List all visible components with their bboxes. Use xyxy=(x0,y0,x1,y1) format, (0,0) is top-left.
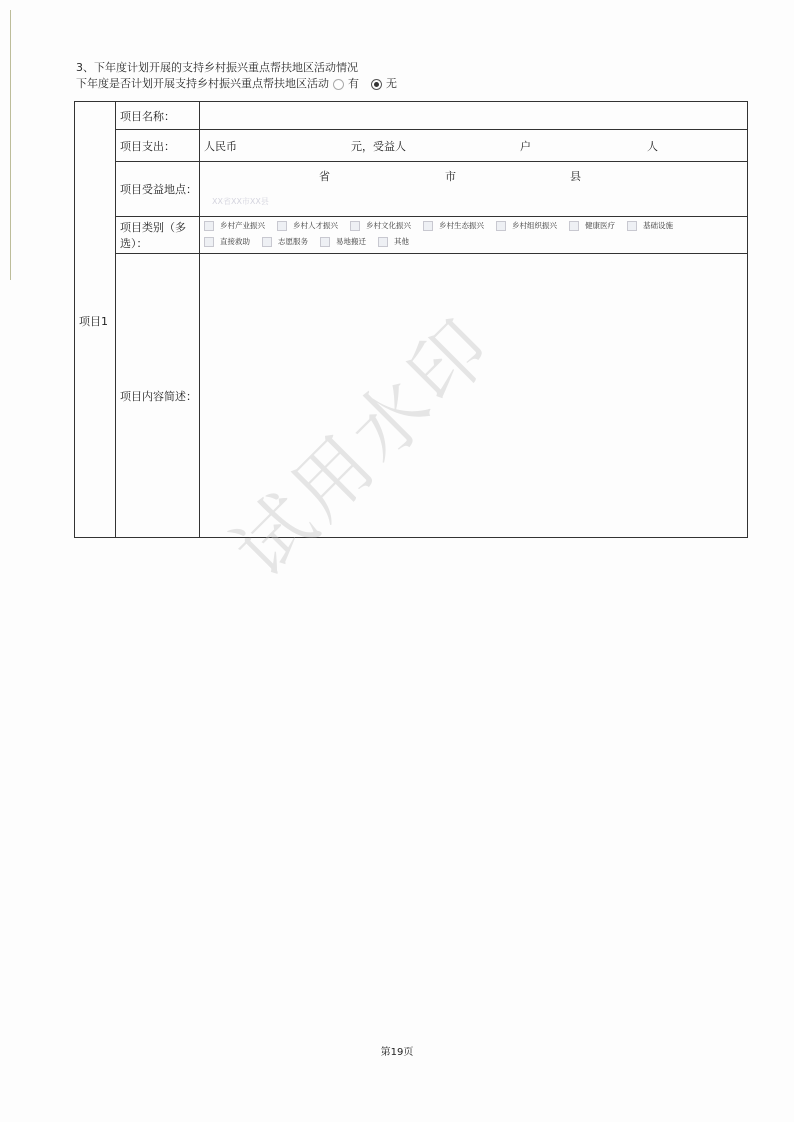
project-location-label: 项目受益地点： xyxy=(116,162,200,216)
radio-no[interactable] xyxy=(371,79,382,90)
checkbox[interactable] xyxy=(350,221,360,231)
category-option[interactable]: 乡村人才振兴 xyxy=(277,220,338,231)
category-line-2: 直接救助 志愿服务 易地搬迁 其他 xyxy=(204,236,421,247)
location-placeholder: XX省XX市XX县 xyxy=(212,196,269,207)
project-expense-label: 项目支出： xyxy=(116,130,200,161)
persons-label: 人 xyxy=(647,138,658,154)
row-project-expense: 项目支出： 人民币 元，受益人 户 人 xyxy=(116,130,747,162)
category-option[interactable]: 乡村文化振兴 xyxy=(350,220,411,231)
radio-yes[interactable] xyxy=(333,79,344,90)
households-label: 户 xyxy=(520,138,531,154)
category-option[interactable]: 志愿服务 xyxy=(262,236,308,247)
radio-no-label: 无 xyxy=(386,77,397,91)
checkbox[interactable] xyxy=(262,237,272,247)
county-label: 县 xyxy=(570,168,581,184)
project-description-field[interactable] xyxy=(200,254,747,537)
category-option[interactable]: 其他 xyxy=(378,236,409,247)
category-option[interactable]: 乡村生态振兴 xyxy=(423,220,484,231)
radio-yes-label: 有 xyxy=(348,77,359,91)
category-option[interactable]: 乡村组织振兴 xyxy=(496,220,557,231)
checkbox[interactable] xyxy=(277,221,287,231)
project-name-label: 项目名称： xyxy=(116,102,200,129)
project-expense-field[interactable]: 人民币 元，受益人 户 人 xyxy=(200,130,747,161)
project-name-field[interactable] xyxy=(200,102,747,129)
project-group-cell: 项目1 xyxy=(75,102,116,537)
checkbox[interactable] xyxy=(378,237,388,247)
row-project-description: 项目内容简述： xyxy=(116,254,747,537)
row-project-category: 项目类别（多选）： 乡村产业振兴 乡村人才振兴 乡村文化振兴 乡村生态振兴 乡村… xyxy=(116,217,747,254)
project-form-table: 项目1 项目名称： 项目支出： 人民币 元，受益人 户 人 项目受益地点： 省 … xyxy=(74,101,748,538)
checkbox[interactable] xyxy=(204,221,214,231)
project-category-field: 乡村产业振兴 乡村人才振兴 乡村文化振兴 乡村生态振兴 乡村组织振兴 健康医疗 … xyxy=(200,217,747,253)
yuan-beneficiary-label: 元，受益人 xyxy=(351,138,406,154)
category-option[interactable]: 基础设施 xyxy=(627,220,673,231)
checkbox[interactable] xyxy=(496,221,506,231)
project-description-label: 项目内容简述： xyxy=(116,254,200,537)
category-option[interactable]: 直接救助 xyxy=(204,236,250,247)
checkbox[interactable] xyxy=(423,221,433,231)
city-label: 市 xyxy=(445,168,456,184)
project-group-label: 项目1 xyxy=(79,313,108,329)
section-heading: 3、下年度计划开展的支持乡村振兴重点帮扶地区活动情况 xyxy=(76,61,358,75)
checkbox[interactable] xyxy=(204,237,214,247)
category-line-1: 乡村产业振兴 乡村人才振兴 乡村文化振兴 乡村生态振兴 乡村组织振兴 健康医疗 … xyxy=(204,220,685,231)
row-project-name: 项目名称： xyxy=(116,102,747,130)
currency-label: 人民币 xyxy=(204,138,237,154)
project-location-field[interactable]: 省 市 县 XX省XX市XX县 xyxy=(200,162,747,216)
activity-question: 下年度是否计划开展支持乡村振兴重点帮扶地区活动 有 无 xyxy=(76,77,405,91)
margin-line xyxy=(10,10,11,280)
category-option[interactable]: 易地搬迁 xyxy=(320,236,366,247)
checkbox[interactable] xyxy=(320,237,330,247)
category-option[interactable]: 乡村产业振兴 xyxy=(204,220,265,231)
project-category-label: 项目类别（多选）： xyxy=(116,217,200,253)
province-label: 省 xyxy=(319,168,330,184)
checkbox[interactable] xyxy=(569,221,579,231)
question-text: 下年度是否计划开展支持乡村振兴重点帮扶地区活动 xyxy=(76,77,329,91)
page-number: 第19页 xyxy=(0,1043,794,1058)
row-project-location: 项目受益地点： 省 市 县 XX省XX市XX县 xyxy=(116,162,747,217)
category-option[interactable]: 健康医疗 xyxy=(569,220,615,231)
checkbox[interactable] xyxy=(627,221,637,231)
